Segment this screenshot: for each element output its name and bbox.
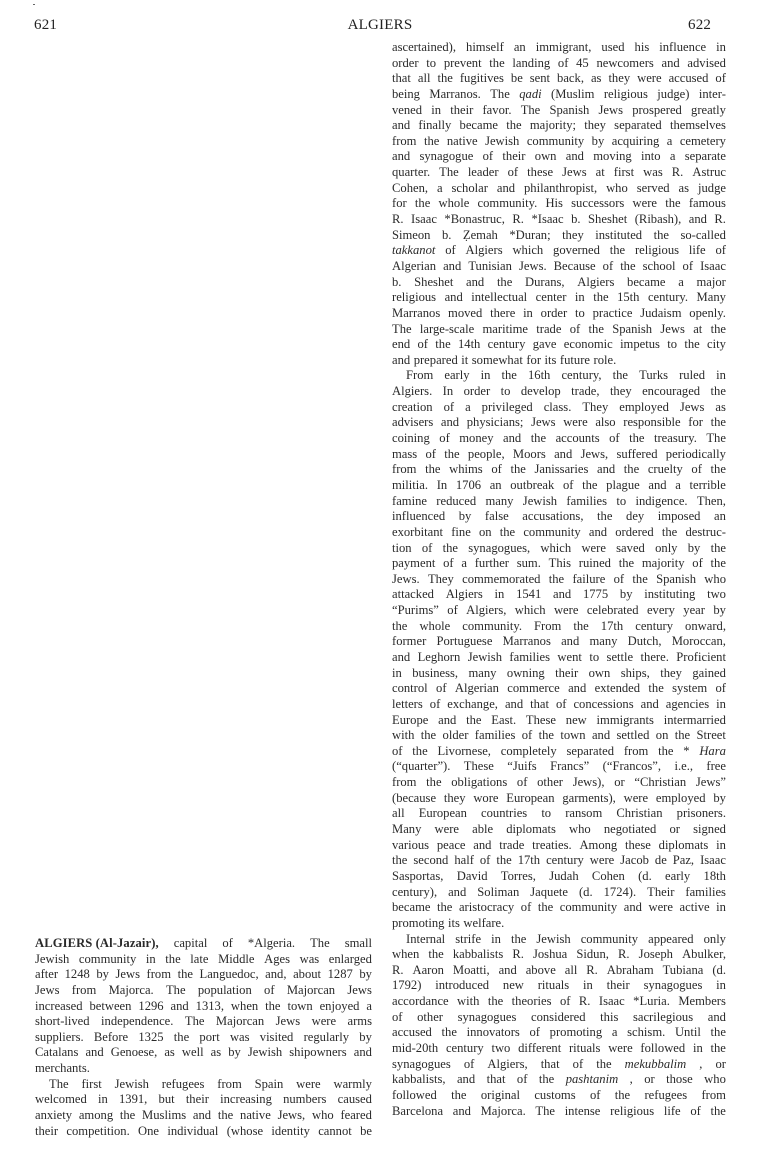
word: schism. — [627, 1025, 665, 1041]
word: Algiers — [446, 587, 483, 603]
word: the — [165, 952, 180, 968]
word: from — [72, 983, 96, 999]
word: famine — [392, 494, 427, 510]
word: the — [629, 431, 644, 447]
text-line: quarter.TheleaderoftheseJewsatfirstwasR.… — [392, 165, 726, 181]
word: in — [716, 978, 726, 994]
word: served — [637, 181, 670, 197]
word: Algiers, — [466, 603, 506, 619]
word: at — [596, 165, 605, 181]
word: those — [666, 1072, 693, 1088]
word: militia. — [392, 478, 428, 494]
word: Europe — [392, 713, 428, 729]
word: Isaac — [700, 259, 726, 275]
word: and, — [265, 967, 286, 983]
text-line: InternalstrifeintheJewishcommunityappear… — [392, 932, 726, 948]
word: of — [603, 259, 614, 275]
word: The — [535, 1104, 555, 1120]
word: enlarged — [329, 952, 372, 968]
text-line: kabbalists,andthatofthepashtanim,orthose… — [392, 1072, 726, 1088]
word: and — [566, 149, 584, 165]
text-line: thesecondhalfofthe17thcenturywereJacobde… — [392, 853, 726, 869]
word: as — [164, 1045, 175, 1061]
word: its — [545, 353, 557, 369]
word: Middle — [218, 952, 254, 968]
word: Jacob — [620, 853, 649, 869]
word: for — [392, 196, 407, 212]
word: major — [697, 275, 726, 291]
word: *Luria. — [633, 994, 670, 1010]
word: innovators — [467, 1025, 520, 1041]
word: Joseph — [639, 947, 673, 963]
word: appeared — [648, 932, 693, 948]
word: Sasportas, — [392, 869, 443, 885]
word: on — [656, 728, 669, 744]
word: Sidun, — [576, 947, 609, 963]
word: gained — [692, 666, 726, 682]
word: in — [392, 666, 402, 682]
word: two — [707, 587, 726, 603]
word: their — [186, 1092, 209, 1108]
word: anxiety — [35, 1108, 72, 1124]
word: instituted — [595, 228, 642, 244]
word: be — [360, 1124, 372, 1140]
word: the — [502, 368, 517, 384]
text-line: Sasportas,DavidTorres,JudahCohen(d.early… — [392, 869, 726, 885]
word: “Christian — [634, 775, 686, 791]
text-line: anxietyamongtheMuslimsandthenativeJews,w… — [35, 1108, 372, 1124]
word: that — [530, 697, 549, 713]
word: their — [450, 103, 473, 119]
word: were — [554, 603, 578, 619]
word: judge) — [657, 87, 689, 103]
word: and — [392, 149, 410, 165]
word: whole — [419, 619, 450, 635]
word: payment — [392, 556, 435, 572]
word: dey — [626, 509, 644, 525]
word: In — [437, 478, 448, 494]
word: Members — [678, 994, 726, 1010]
word: and — [648, 478, 666, 494]
text-line: 1792)introducednewritualsintheirsynagogu… — [392, 978, 726, 994]
word: was — [643, 165, 663, 181]
word: *Algeria. — [248, 936, 295, 952]
word: feared — [340, 1108, 371, 1124]
word: order — [464, 384, 491, 400]
word: The — [490, 87, 510, 103]
word: Jews” — [696, 775, 726, 791]
word: were — [435, 822, 459, 838]
word: and — [438, 713, 456, 729]
word: and — [392, 118, 410, 134]
word: Jewish — [248, 1045, 282, 1061]
word: Catalans — [35, 1045, 78, 1061]
word: small — [345, 936, 372, 952]
word: ordered — [615, 525, 653, 541]
word: synagogues — [392, 1057, 451, 1073]
word: 1724). — [604, 885, 637, 901]
word: moving — [593, 149, 631, 165]
word: of — [614, 572, 625, 588]
word: became — [460, 118, 498, 134]
word: the — [265, 999, 280, 1015]
word: ascertained), — [392, 40, 456, 56]
word: of — [425, 447, 436, 463]
word: center — [536, 290, 567, 306]
text-line: “Purims”ofAlgiers,whichwerecelebratedeve… — [392, 603, 726, 619]
word: half — [454, 853, 474, 869]
word: by — [359, 967, 372, 983]
word: or — [669, 822, 680, 838]
word: as — [591, 71, 602, 87]
word: to — [575, 306, 585, 322]
word: an — [514, 40, 526, 56]
word: suppliers. — [35, 1030, 84, 1046]
word: their — [607, 978, 630, 994]
word: of — [439, 431, 450, 447]
word: refugees — [644, 1088, 687, 1104]
word: prevent — [444, 56, 482, 72]
word: year — [683, 603, 705, 619]
word: above — [526, 963, 556, 979]
entry-headword: ALGIERS (Al-Jazair), — [35, 936, 159, 952]
word: welfare. — [463, 916, 504, 932]
word: diplomats — [506, 822, 556, 838]
word: the — [596, 1057, 611, 1073]
word: the — [443, 541, 458, 557]
page-number-right: 622 — [688, 17, 711, 34]
text-line: andfinallybecamethemajority;theyseparate… — [392, 118, 726, 134]
word: Street — [697, 728, 726, 744]
word: mekubbalim — [625, 1057, 687, 1073]
word: who — [704, 1072, 726, 1088]
word: accused — [669, 71, 709, 87]
word: Algiers, — [487, 1057, 527, 1073]
word: of — [690, 1104, 701, 1120]
text-line: influencedbyfalseaccusations,thedeyimpos… — [392, 509, 726, 525]
word: first — [81, 1077, 101, 1093]
word: The — [706, 431, 726, 447]
word: community. — [478, 196, 538, 212]
word: R. — [392, 212, 404, 228]
word: the — [632, 572, 647, 588]
text-line: Manywereablediplomatswhonegotiatedorsign… — [392, 822, 726, 838]
word: the — [573, 619, 588, 635]
word: maritime — [483, 322, 528, 338]
word: in — [575, 290, 585, 306]
word: concessions — [573, 697, 633, 713]
word: were — [624, 791, 648, 807]
word: the — [658, 744, 673, 760]
word: who — [569, 822, 591, 838]
word: influence — [659, 40, 706, 56]
word: introduced — [435, 978, 489, 994]
word: who — [606, 181, 628, 197]
word: of — [392, 1010, 403, 1026]
word: back, — [557, 71, 584, 87]
word: and — [457, 1072, 475, 1088]
word: (Muslim — [551, 87, 594, 103]
word: (because — [392, 791, 436, 807]
word: (whose — [227, 1124, 263, 1140]
word: Judaism — [640, 306, 681, 322]
word: enjoyed — [320, 999, 360, 1015]
word: this — [600, 1010, 618, 1026]
word: became — [627, 275, 665, 291]
word: short-lived — [35, 1014, 90, 1030]
word: the — [665, 196, 680, 212]
text-line: fromtheobligationsofotherJews),or“Christ… — [392, 775, 726, 791]
word: of — [417, 337, 428, 353]
text-line: becamethearistocracyofthecommunityandwer… — [392, 900, 726, 916]
word: David — [457, 869, 488, 885]
word: develop — [521, 384, 561, 400]
word: were — [633, 196, 657, 212]
text-line: increasedbetween1296and1313,whenthetowne… — [35, 999, 372, 1015]
word: role. — [594, 353, 617, 369]
word: Algerian — [392, 259, 436, 275]
word: century. — [648, 290, 688, 306]
word: in — [146, 952, 156, 968]
word: Barcelona — [392, 1104, 443, 1120]
word: became — [392, 900, 430, 916]
text-line: JewishcommunityinthelateMiddleAgeswasenl… — [35, 952, 372, 968]
word: in — [491, 932, 501, 948]
word: exorbitant — [392, 525, 443, 541]
word: among — [79, 1108, 113, 1124]
word: community — [560, 900, 617, 916]
word: synagogues — [644, 978, 703, 994]
word: immigrant, — [536, 40, 592, 56]
word: ships, — [621, 666, 650, 682]
word: cemetery — [680, 134, 726, 150]
word: new — [566, 713, 587, 729]
word: trade — [499, 838, 524, 854]
word: a — [670, 149, 676, 165]
right-column: ascertained),himselfanimmigrant,usedhisi… — [392, 40, 726, 1119]
word: the — [613, 368, 628, 384]
word: greatly — [691, 103, 726, 119]
word: the — [711, 1104, 726, 1120]
word: other — [537, 775, 563, 791]
word: Marranos — [392, 306, 440, 322]
word: philanthropist, — [524, 181, 597, 197]
word: Moroccan, — [672, 634, 726, 650]
word: the — [451, 1088, 466, 1104]
word: the — [428, 947, 443, 963]
word: (Ribash), — [635, 212, 682, 228]
word: Astruc — [692, 165, 726, 181]
word: of — [556, 697, 567, 713]
text-line: BarcelonaandMajorca.Theintensereligiousl… — [392, 1104, 726, 1120]
word: promoting — [392, 916, 444, 932]
text-line: accordancewiththetheoriesofR.Isaac*Luria… — [392, 994, 726, 1010]
word: families — [566, 494, 607, 510]
word: his — [635, 40, 650, 56]
text-line: formerPortugueseMarranosandmanyDutch,Mor… — [392, 634, 726, 650]
word: moved — [448, 306, 482, 322]
word: of — [683, 259, 694, 275]
word: the — [593, 290, 608, 306]
word: of — [436, 681, 447, 697]
word: (d. — [712, 963, 726, 979]
word: arms — [348, 1014, 372, 1030]
word: port — [199, 1030, 219, 1046]
word: commemorated — [462, 572, 540, 588]
word: They — [582, 400, 608, 416]
word: scholar — [452, 181, 488, 197]
word: which — [540, 541, 571, 557]
word: Internal — [406, 932, 445, 948]
word: settled — [617, 728, 650, 744]
word: the — [437, 71, 452, 87]
word: business, — [412, 666, 458, 682]
word: Cohen, — [392, 181, 428, 197]
word: Jewish — [523, 494, 557, 510]
word: inter- — [699, 87, 726, 103]
word: the — [218, 1108, 233, 1124]
word: all — [392, 806, 405, 822]
word: and — [354, 1045, 372, 1061]
word: new — [503, 978, 524, 994]
word: obligations — [451, 775, 507, 791]
word: periodically — [666, 447, 726, 463]
word: The — [185, 1014, 205, 1030]
text-line: militia.In1706anoutbreakoftheplagueandat… — [392, 478, 726, 494]
text-line: forthewholecommunity.Hissuccessorswereth… — [392, 196, 726, 212]
word: and — [392, 650, 410, 666]
word: the — [684, 337, 699, 353]
word: system — [672, 681, 707, 697]
text-line: EuropeandtheEast.Thesenewimmigrantsinter… — [392, 713, 726, 729]
word: Dutch, — [628, 634, 662, 650]
word: and — [453, 1104, 471, 1120]
word: the — [421, 728, 436, 744]
word: many — [589, 634, 617, 650]
word: the — [466, 713, 481, 729]
word: Isaac — [599, 994, 625, 1010]
text-line: mid-20thcenturytwodifferentritualswerefo… — [392, 1041, 726, 1057]
word: that — [392, 71, 411, 87]
word: intense — [565, 1104, 601, 1120]
word: followed — [392, 1088, 437, 1104]
word: competition. — [66, 1124, 129, 1140]
word: kabbalists, — [392, 1072, 446, 1088]
word: Jews — [35, 983, 60, 999]
word: different — [518, 1041, 561, 1057]
word: community — [527, 134, 584, 150]
word: extended — [595, 681, 640, 697]
text-line: thewholecommunity.Fromthe17thcenturyonwa… — [392, 619, 726, 635]
word: of — [392, 744, 403, 760]
word: a — [675, 478, 681, 494]
word: the — [506, 118, 521, 134]
text-line: lettersofexchange,andthatofconcessionsan… — [392, 697, 726, 713]
word: so-called — [680, 228, 725, 244]
word: impetus — [620, 337, 660, 353]
word: the — [624, 462, 639, 478]
word: Simeon — [392, 228, 430, 244]
word: R. — [392, 963, 404, 979]
word: as — [715, 400, 726, 416]
word: the — [711, 322, 726, 338]
text-line: followedtheoriginalcustomsoftherefugeesf… — [392, 1088, 726, 1104]
text-line: controlofAlgeriancommerceandextendedthes… — [392, 681, 726, 697]
word: century — [446, 1041, 484, 1057]
word: prisoners. — [677, 806, 726, 822]
word: majority — [642, 556, 685, 572]
word: Spanish — [612, 322, 652, 338]
word: Paz, — [673, 853, 694, 869]
word: further — [475, 556, 509, 572]
word: from — [701, 1088, 725, 1104]
word: trade — [536, 322, 561, 338]
word: Marranos. — [429, 87, 480, 103]
word: Jews — [347, 983, 372, 999]
word: Ẓemah — [463, 228, 498, 244]
word: the — [497, 275, 512, 291]
word: favor. — [482, 103, 511, 119]
text-line: Simeonb.Ẓemah*Duran;theyinstitutedtheso-… — [392, 228, 726, 244]
word: Their — [647, 885, 674, 901]
word: promoting — [550, 1025, 602, 1041]
word: 17th — [601, 619, 623, 635]
word: landing — [512, 56, 550, 72]
text-line: welcomedin1391,buttheirincreasingnumbers… — [35, 1092, 372, 1108]
word: increased — [35, 999, 83, 1015]
word: saved — [616, 541, 645, 557]
word: celebrated — [587, 603, 639, 619]
word: quarter. — [392, 165, 430, 181]
text-line: Fromearlyinthe16thcentury,theTurksruledi… — [392, 368, 726, 384]
word: i.e., — [674, 759, 693, 775]
word: all — [565, 963, 578, 979]
word: second — [413, 853, 448, 869]
word: R. — [618, 947, 630, 963]
word: former — [392, 634, 426, 650]
word: of — [521, 900, 532, 916]
word: Durans, — [525, 275, 565, 291]
word: cannot — [318, 1124, 352, 1140]
word: the — [444, 447, 459, 463]
word: and — [193, 1108, 211, 1124]
word: order — [392, 56, 419, 72]
text-line: CatalansandGenoese,aswellasbyJewishshipo… — [35, 1045, 372, 1061]
word: Livornese, — [437, 744, 491, 760]
word: money — [459, 431, 493, 447]
text-line: promotingitswelfare. — [392, 916, 726, 932]
word: R. — [586, 963, 598, 979]
word: 1541 — [516, 587, 541, 603]
word: followed — [640, 1041, 685, 1057]
word: families — [475, 728, 516, 744]
word: century), — [392, 885, 437, 901]
word: the — [711, 384, 726, 400]
word: the — [392, 853, 407, 869]
word: and — [497, 181, 515, 197]
text-line: Algiers.Inordertodeveloptrade,theyencour… — [392, 384, 726, 400]
word: the — [711, 462, 726, 478]
word: R. — [512, 947, 524, 963]
word: to — [541, 806, 551, 822]
word: the — [539, 1072, 554, 1088]
word: from — [624, 744, 648, 760]
word: population — [198, 983, 252, 999]
word: kabbalists — [453, 947, 503, 963]
word: qadi — [519, 87, 541, 103]
text-line: thatallthefugitivesbesentback,astheywere… — [392, 71, 726, 87]
word: openly. — [689, 306, 726, 322]
